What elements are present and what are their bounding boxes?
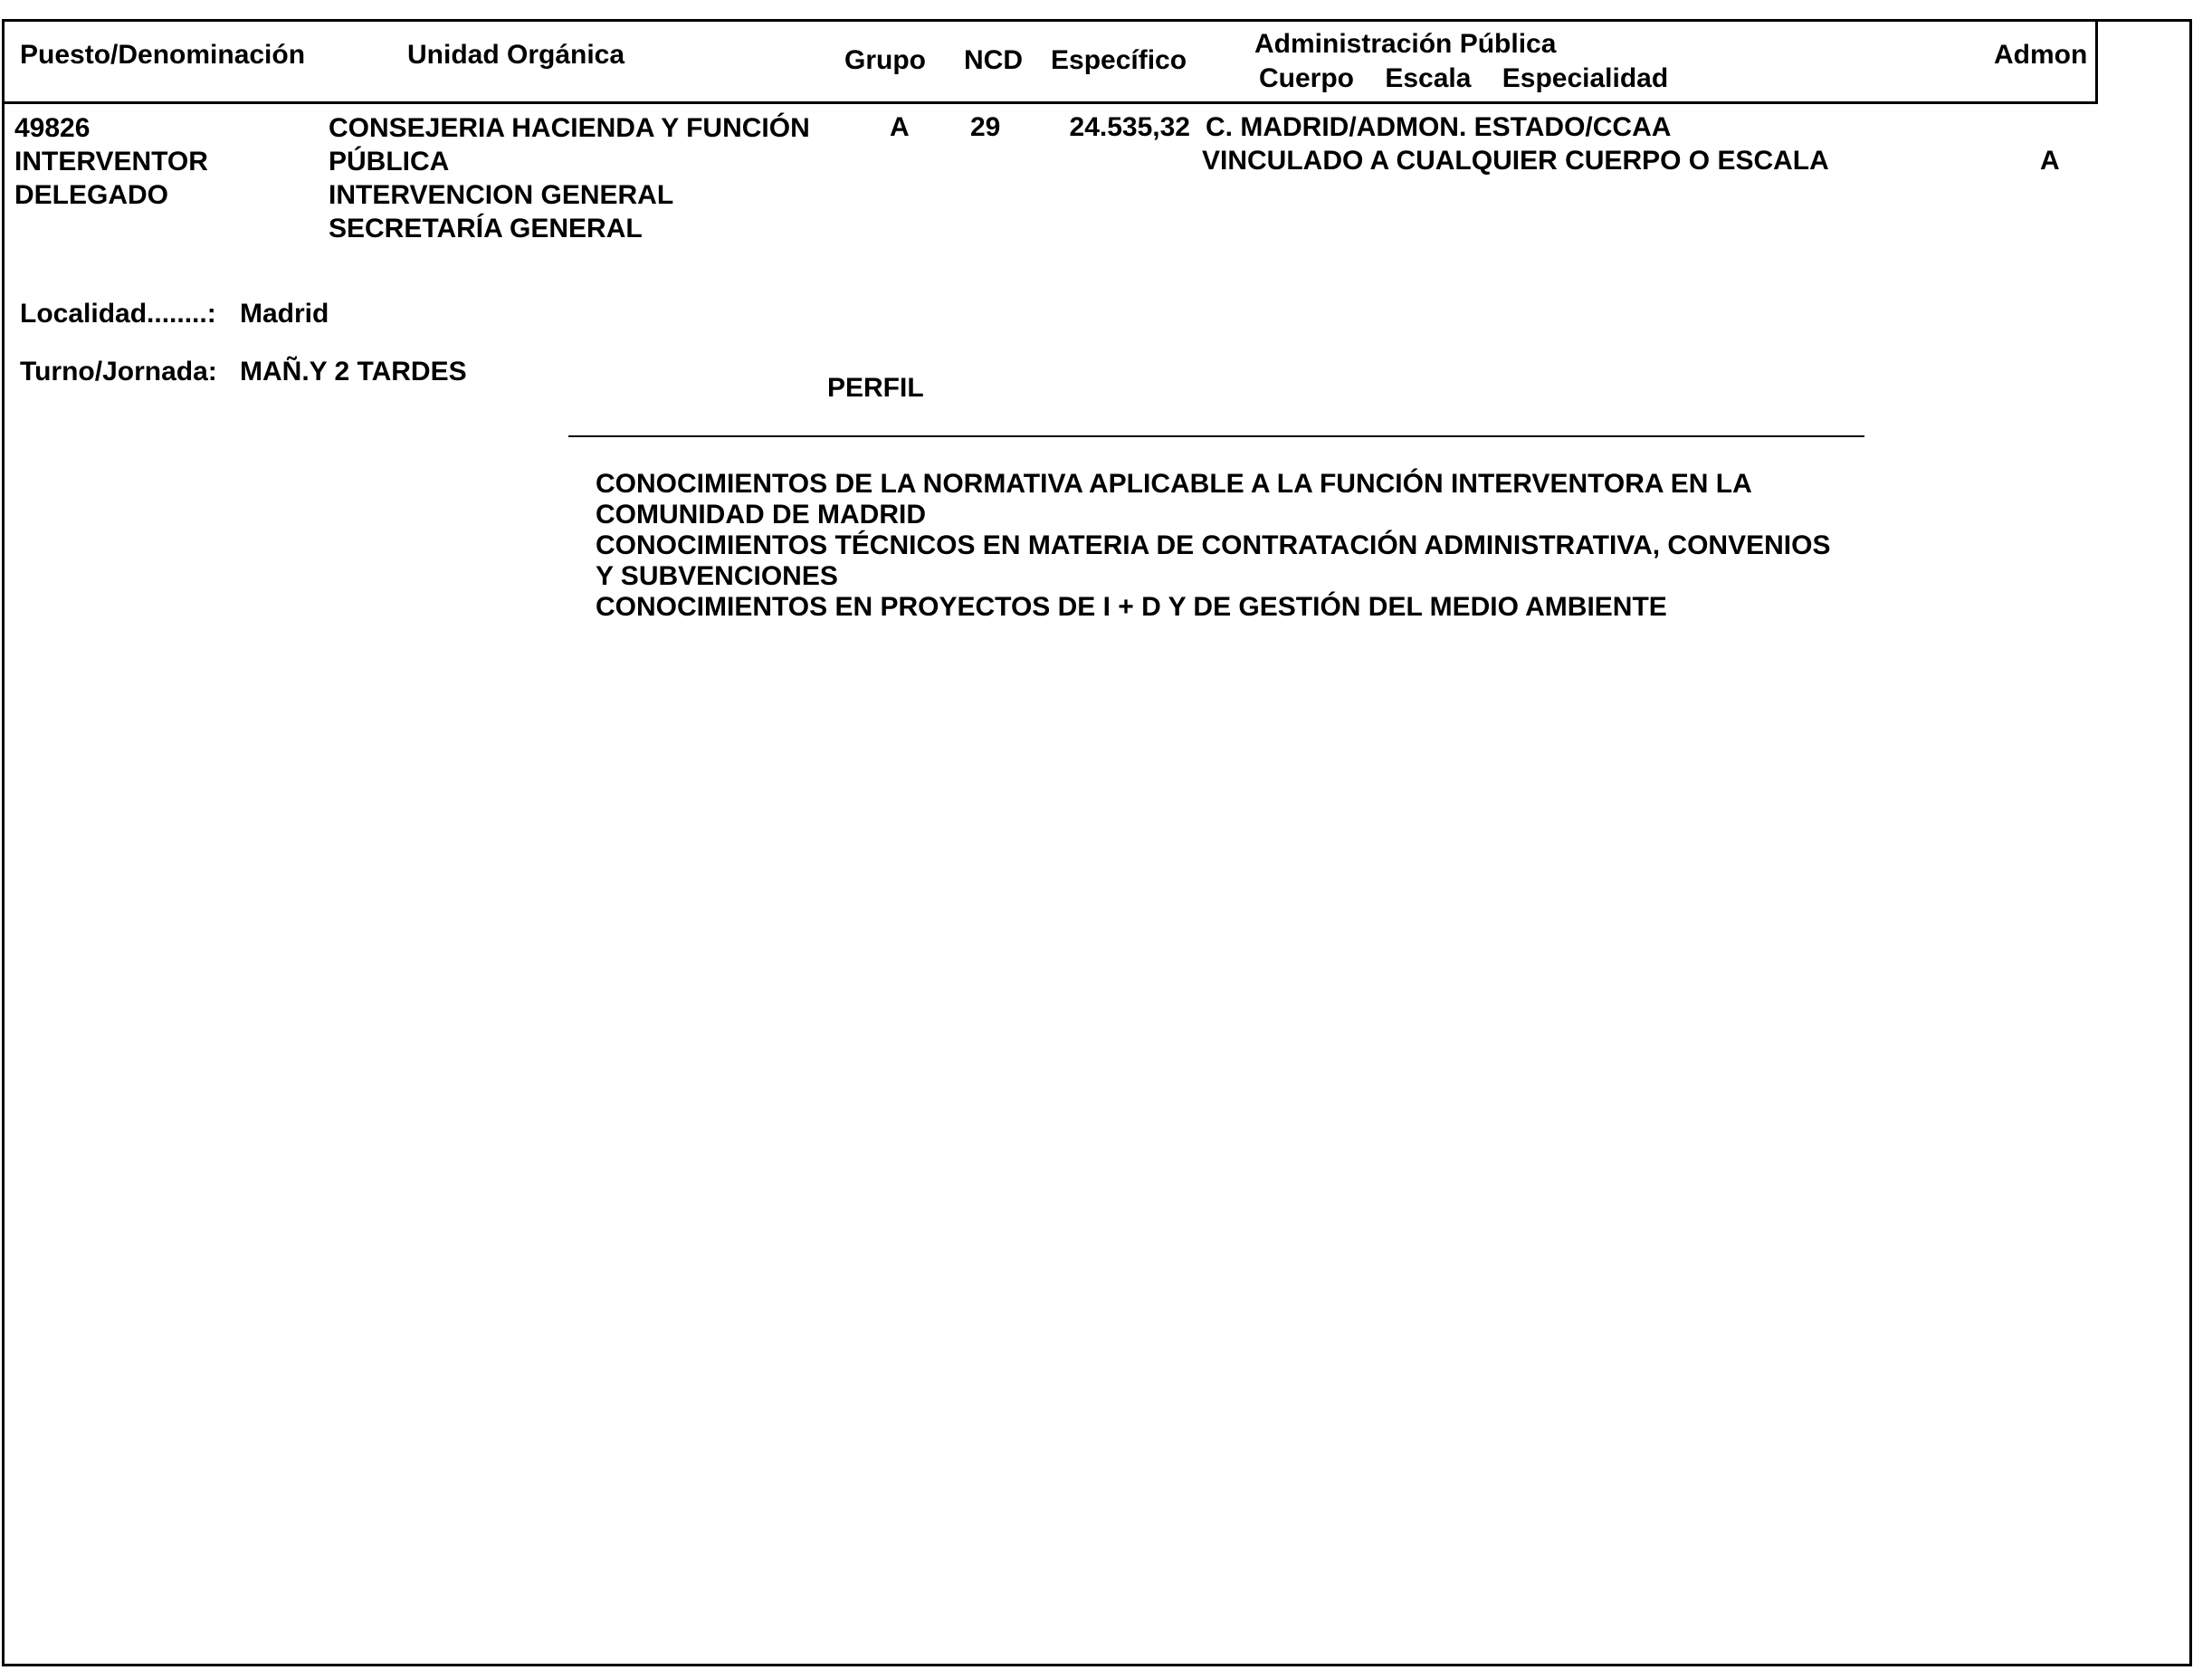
- puesto-title-line: DELEGADO: [14, 178, 208, 212]
- unidad-line: SECRETARÍA GENERAL: [329, 212, 810, 245]
- perfil-line: CONOCIMIENTOS EN PROYECTOS DE I + D Y DE…: [596, 592, 1830, 623]
- unidad-line: INTERVENCION GENERAL: [329, 178, 810, 212]
- column-header-grupo: Grupo: [844, 47, 926, 74]
- column-header-admon: Admon: [1994, 42, 2087, 69]
- puesto-code: 49826: [14, 111, 208, 145]
- record-especifico-value: 24.535,32: [1009, 114, 1190, 141]
- unidad-line: CONSEJERIA HACIENDA Y FUNCIÓN: [329, 111, 810, 145]
- column-header-ncd: NCD: [964, 47, 1023, 74]
- column-header-puesto-denominacion: Puesto/Denominación: [20, 42, 305, 69]
- perfil-line: Y SUBVENCIONES: [596, 561, 1830, 592]
- localidad-value: Madrid: [240, 301, 329, 328]
- column-header-especifico: Específico: [1051, 47, 1187, 74]
- perfil-rule-line: [568, 435, 1864, 437]
- perfil-line: CONOCIMIENTOS DE LA NORMATIVA APLICABLE …: [596, 469, 1830, 500]
- turno-jornada-label: Turno/Jornada:: [20, 358, 217, 386]
- record-grupo-value: A: [890, 114, 910, 141]
- header-right-edge-line: [2095, 19, 2098, 104]
- perfil-line: CONOCIMIENTOS TÉCNICOS EN MATERIA DE CON…: [596, 530, 1830, 561]
- perfil-line: COMUNIDAD DE MADRID: [596, 500, 1830, 530]
- perfil-section-title: PERFIL: [827, 375, 924, 402]
- perfil-requirements: CONOCIMIENTOS DE LA NORMATIVA APLICABLE …: [596, 469, 1830, 623]
- record-admon-value: A: [2040, 148, 2060, 175]
- column-header-unidad-organica: Unidad Orgánica: [407, 42, 625, 69]
- record-ncd-value: 29: [970, 114, 1000, 141]
- column-header-administracion-publica: Administración Pública: [1254, 31, 1556, 58]
- unidad-line: PÚBLICA: [329, 145, 810, 178]
- header-divider-line: [2, 101, 2098, 104]
- turno-jornada-value: MAÑ.Y 2 TARDES: [240, 358, 467, 386]
- column-header-cuerpo-escala-especialidad: Cuerpo Escala Especialidad: [1259, 65, 1668, 92]
- record-vinculacion-value: VINCULADO A CUALQUIER CUERPO O ESCALA: [1202, 148, 1829, 175]
- page-border: [2, 19, 2192, 1666]
- puesto-title-line: INTERVENTOR: [14, 145, 208, 178]
- record-cuerpo-escala-value: C. MADRID/ADMON. ESTADO/CCAA: [1206, 114, 1671, 141]
- localidad-label: Localidad........:: [20, 301, 216, 328]
- record-unidad-organica: CONSEJERIA HACIENDA Y FUNCIÓN PÚBLICA IN…: [329, 111, 810, 245]
- record-puesto-denominacion: 49826 INTERVENTOR DELEGADO: [14, 111, 208, 212]
